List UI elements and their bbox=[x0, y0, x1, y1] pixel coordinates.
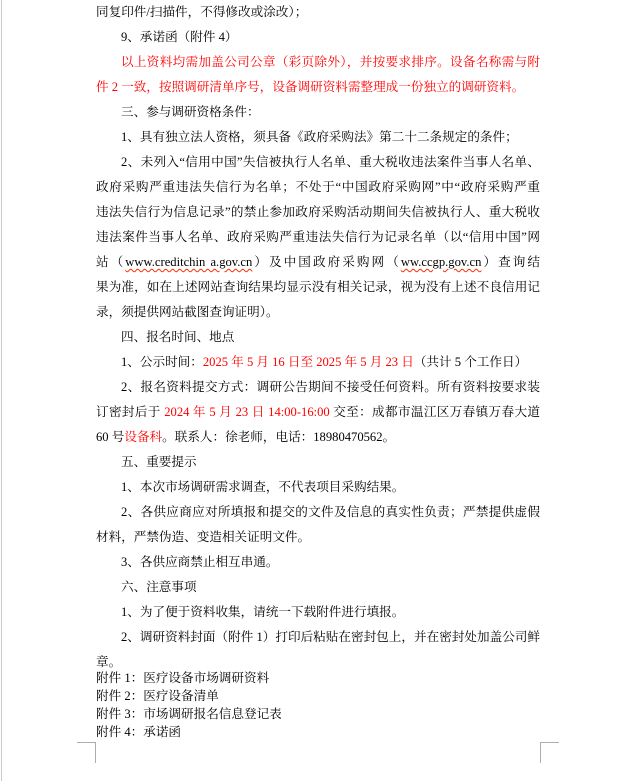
text-segment: 附件 1：医疗设备市场调研资料 bbox=[96, 671, 269, 685]
text-segment: 附件 3：市场调研报名信息登记表 bbox=[96, 707, 282, 721]
text-segment: 3、各供应商禁止相互串通。 bbox=[121, 555, 278, 569]
text-segment: 政府采购严重违法失信行为名单；不处于“中国政府采购网”中“政府采购严重 bbox=[96, 180, 540, 194]
text-line: 违法案件当事人名单、政府采购严重违法失信行为记录名单（以“信用中国”网 bbox=[96, 225, 540, 250]
text-line: 站（www.creditchin a.gov.cn）及中国政府采购网（ww.cc… bbox=[96, 250, 540, 275]
text-segment: 2、调研资料封面（附件 1）打印后粘贴在密封包上，并在密封处加盖公司鲜 bbox=[121, 630, 540, 644]
text-line: 四、报名时间、地点 bbox=[96, 325, 540, 350]
text-segment: 2025 年 5 月 16 日至 2025 年 5 月 23 日 bbox=[203, 355, 414, 369]
text-line: 1、为了便于资料收集，请统一下载附件进行填报。 bbox=[96, 600, 540, 625]
text-segment: 章。 bbox=[96, 655, 121, 669]
text-segment: ）及中国政府采购网（ bbox=[252, 255, 401, 269]
text-segment: 交至：成都市温江区万春镇万春大道 bbox=[330, 405, 540, 419]
text-line: 9、承诺函（附件 4） bbox=[96, 25, 540, 50]
text-line: 2、各供应商应对所填报和提交的文件及信息的真实性负责；严禁提供虚假 bbox=[96, 500, 540, 525]
attachment-item: 附件 4：承诺函 bbox=[96, 723, 540, 741]
text-segment: 设备科 bbox=[124, 430, 162, 444]
text-segment: 件 2 一致，按照调研清单序号，设备调研资料需整理成一份独立的调研资料。 bbox=[96, 80, 524, 94]
text-segment: 1、为了便于资料收集，请统一下载附件进行填报。 bbox=[121, 605, 404, 619]
text-segment: 五、重要提示 bbox=[121, 455, 197, 469]
body-text-block: 同复印件/扫描件，不得修改或涂改）；9、承诺函（附件 4）以上资料均需加盖公司公… bbox=[96, 0, 540, 675]
text-line: 三、参与调研资格条件： bbox=[96, 100, 540, 125]
text-segment: 以上资料均需加盖公司公章（彩页除外），并按要求排序。设备名称需与附 bbox=[121, 55, 540, 69]
text-line: 以上资料均需加盖公司公章（彩页除外），并按要求排序。设备名称需与附 bbox=[96, 50, 540, 75]
text-line: 材料，严禁伪造、变造相关证明文件。 bbox=[96, 525, 540, 550]
text-segment: 1、本次市场调研需求调查，不代表项目采购结果。 bbox=[121, 480, 404, 494]
text-line: 五、重要提示 bbox=[96, 450, 540, 475]
text-segment: 站（ bbox=[96, 255, 125, 269]
text-segment: 2、各供应商应对所填报和提交的文件及信息的真实性负责；严禁提供虚假 bbox=[121, 505, 540, 519]
text-segment: 同复印件/扫描件，不得修改或涂改）； bbox=[96, 5, 307, 19]
text-line: 违法失信行为信息记录”的禁止参加政府采购活动期间失信被执行人、重大税收 bbox=[96, 200, 540, 225]
text-segment: 。联系人：徐老师，电话：18980470562。 bbox=[162, 430, 395, 444]
text-segment: 1、具有独立法人资格，须具备《政府采购法》第二十二条规定的条件； bbox=[121, 130, 518, 144]
text-segment: ）查询结 bbox=[481, 255, 540, 269]
text-segment: 60 号 bbox=[96, 430, 124, 444]
attachment-item: 附件 1：医疗设备市场调研资料 bbox=[96, 669, 540, 687]
text-segment: 订密封后于 bbox=[96, 405, 164, 419]
text-line: 2、调研资料封面（附件 1）打印后粘贴在密封包上，并在密封处加盖公司鲜 bbox=[96, 625, 540, 650]
text-line: 1、具有独立法人资格，须具备《政府采购法》第二十二条规定的条件； bbox=[96, 125, 540, 150]
text-segment: 附件 2：医疗设备清单 bbox=[96, 689, 219, 703]
url-text: ww.ccgp.gov.cn bbox=[401, 255, 482, 269]
text-segment: （共计 5 个工作日） bbox=[414, 355, 527, 369]
text-segment: 2024 年 5 月 23 日 14:00-16:00 bbox=[164, 405, 329, 419]
text-line: 同复印件/扫描件，不得修改或涂改）； bbox=[96, 0, 540, 25]
text-line: 录，须提供网站截图查询证明）。 bbox=[96, 300, 540, 325]
page-left-edge-line bbox=[1, 0, 2, 781]
text-line: 1、本次市场调研需求调查，不代表项目采购结果。 bbox=[96, 475, 540, 500]
text-segment: 2、未列入“信用中国”失信被执行人名单、重大税收违法案件当事人名单、 bbox=[121, 155, 540, 169]
document-body: 同复印件/扫描件，不得修改或涂改）；9、承诺函（附件 4）以上资料均需加盖公司公… bbox=[96, 0, 540, 742]
text-line: 果为准，如在上述网站查询结果均显示没有相关记录，视为没有上述不良信用记 bbox=[96, 275, 540, 300]
text-segment: 1、公示时间： bbox=[121, 355, 203, 369]
text-boundary-corner-mark-right bbox=[540, 742, 559, 763]
text-line: 3、各供应商禁止相互串通。 bbox=[96, 550, 540, 575]
text-segment: 违法案件当事人名单、政府采购严重违法失信行为记录名单（以“信用中国”网 bbox=[96, 230, 540, 244]
text-segment: 9、承诺函（附件 4） bbox=[121, 30, 238, 44]
text-segment: 材料，严禁伪造、变造相关证明文件。 bbox=[96, 530, 310, 544]
text-segment: 附件 4：承诺函 bbox=[96, 725, 181, 739]
document-page: { "page": { "background": "#ffffff", "te… bbox=[0, 0, 636, 781]
text-line: 订密封后于 2024 年 5 月 23 日 14:00-16:00 交至：成都市… bbox=[96, 400, 540, 425]
text-segment: 2、报名资料提交方式：调研公告期间不接受任何资料。所有资料按要求装 bbox=[121, 380, 540, 394]
attachment-item: 附件 2：医疗设备清单 bbox=[96, 687, 540, 705]
text-line: 六、注意事项 bbox=[96, 575, 540, 600]
text-segment: 六、注意事项 bbox=[121, 580, 197, 594]
text-line: 60 号设备科。联系人：徐老师，电话：18980470562。 bbox=[96, 425, 540, 450]
text-line: 2、报名资料提交方式：调研公告期间不接受任何资料。所有资料按要求装 bbox=[96, 375, 540, 400]
text-segment: 果为准，如在上述网站查询结果均显示没有相关记录，视为没有上述不良信用记 bbox=[96, 280, 540, 294]
text-boundary-corner-mark-left bbox=[77, 742, 96, 763]
text-line: 1、公示时间：2025 年 5 月 16 日至 2025 年 5 月 23 日（… bbox=[96, 350, 540, 375]
attachment-list-block: 附件 1：医疗设备市场调研资料附件 2：医疗设备清单附件 3：市场调研报名信息登… bbox=[96, 669, 540, 742]
text-line: 件 2 一致，按照调研清单序号，设备调研资料需整理成一份独立的调研资料。 bbox=[96, 75, 540, 100]
text-segment: 违法失信行为信息记录”的禁止参加政府采购活动期间失信被执行人、重大税收 bbox=[96, 205, 540, 219]
text-segment: 四、报名时间、地点 bbox=[121, 330, 234, 344]
text-line: 2、未列入“信用中国”失信被执行人名单、重大税收违法案件当事人名单、 bbox=[96, 150, 540, 175]
text-segment: 录，须提供网站截图查询证明）。 bbox=[96, 305, 279, 319]
attachment-item: 附件 3：市场调研报名信息登记表 bbox=[96, 705, 540, 723]
url-text: www.creditchin a.gov.cn bbox=[125, 255, 252, 269]
text-line: 政府采购严重违法失信行为名单；不处于“中国政府采购网”中“政府采购严重 bbox=[96, 175, 540, 200]
text-segment: 三、参与调研资格条件： bbox=[121, 105, 260, 119]
